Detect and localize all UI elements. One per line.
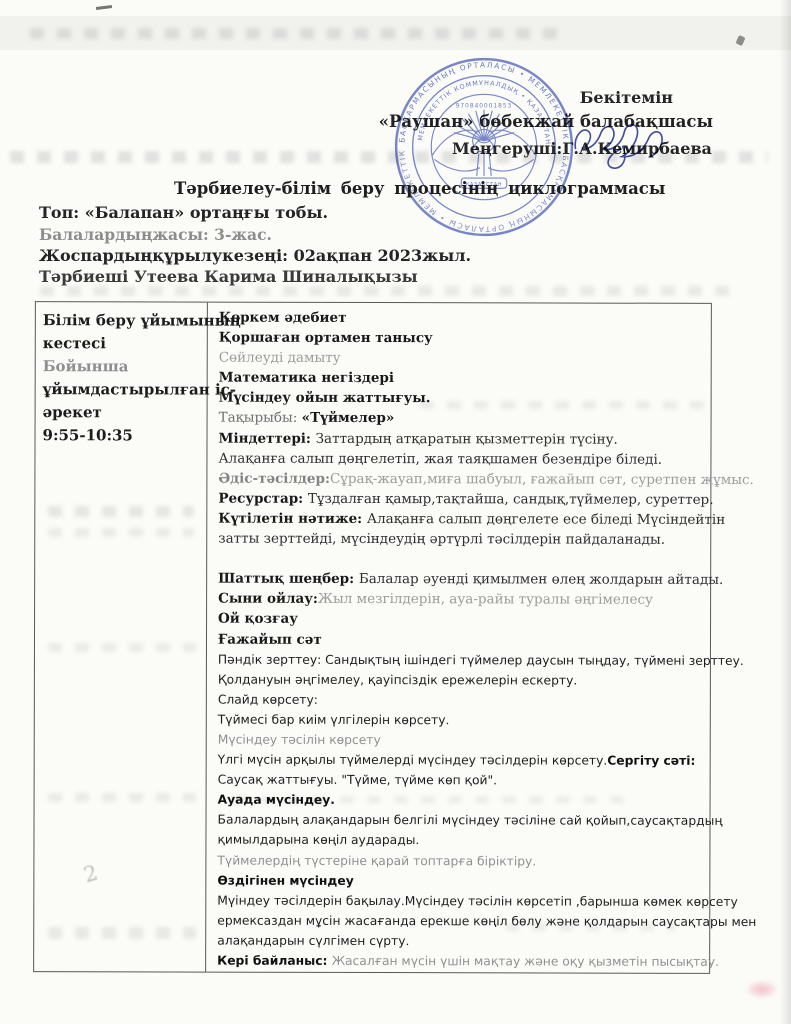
activity-time: 9:55-10:35: [42, 424, 200, 447]
content-line: Сыни ойлау:Жыл мезгілдерін, ауа-райы тур…: [218, 589, 757, 611]
content-line: Міндеттері: Заттардың атқаратын қызметте…: [218, 428, 757, 450]
official-stamp: БАСҚАРМАСЫНЫҢ ОРТАЛАСЫ • МЕМЛЕКЕТТІК КОМ…: [393, 56, 575, 238]
content-line: Өздігінен мүсіндеу: [217, 870, 756, 892]
line-text: Жасалған мүсін үшін мақтау және оқу қызм…: [332, 954, 719, 969]
line-label: Ресурстар:: [218, 490, 308, 506]
content-line: Тақырыбы: «Түймелер»: [219, 408, 758, 430]
stamp-emblem: [432, 110, 535, 189]
line-text: Жыл мезгілдерін, ауа-райы туралы әңгімел…: [318, 591, 653, 608]
content-line: Мүсіндеу ойын жаттығуы.: [219, 388, 758, 410]
line-text: «Түймелер»: [302, 410, 395, 426]
content-line: Ресурстар: Тұздалған қамыр,тақтайша, сан…: [218, 488, 757, 510]
content-line: Түймелердің түстеріне қарай топтарға бір…: [217, 850, 756, 872]
bleed-artifact: [40, 286, 730, 296]
schedule-text: кестесі: [43, 332, 201, 355]
approval-word: Бекітемін: [580, 88, 673, 107]
content-line: Саусақ жаттығуы. "Түйме, түйме көп қой".: [218, 770, 757, 792]
content-line: Балалардың алақандарын белгілі мүсіндеу …: [217, 810, 756, 832]
stamp-registration-number: 970840001853: [456, 104, 513, 110]
line-label: Шаттық шеңбер:: [218, 571, 359, 587]
content-line: Слайд көрсету:: [218, 689, 757, 711]
line-text: Үлгі мүсін арқылы түймелерді мүсіндеу тә…: [218, 753, 608, 768]
scanned-document-page: 2 Бекітемін «Раушан» бөбекжай балабақшас…: [0, 0, 791, 1024]
content-line: Шаттық шеңбер: Балалар әуенді қимылмен ө…: [218, 569, 757, 591]
content-line: алақандарын сүлгімен сүрту.: [217, 931, 756, 953]
scan-edge-shade: [779, 0, 791, 1024]
line-text: Заттардың атқаратын қызметтерін түсіну.: [316, 430, 618, 447]
schedule-text: Бойынша: [43, 355, 201, 378]
line-text: Сұрақ-жауап,миға шабуыл, ғажайып сәт, су…: [330, 471, 754, 488]
line-label: Тақырыбы:: [219, 410, 302, 426]
line-label: Міндеттері:: [219, 430, 316, 446]
line-text: Тұздалған қамыр,тақтайша, сандық,түймеле…: [308, 491, 714, 508]
schedule-text: Білім беру ұйымының: [43, 309, 201, 332]
line-label: Сергіту сәті:: [607, 754, 695, 768]
content-line: затты зерттейді, мүсіндеудің әртүрлі тәс…: [218, 529, 757, 551]
content-line: Әдіс-тәсілдер:Сұрақ-жауап,миға шабуыл, ғ…: [218, 468, 757, 490]
line-label: Сыни ойлау:: [218, 591, 318, 607]
content-line: Ғажайып сәт: [218, 629, 757, 651]
document-title: Тәрбиелеу-білім беру процесінің циклогра…: [174, 179, 665, 198]
content-line: Түймесі бар киім үлгілерін көрсету.: [218, 709, 757, 731]
line-text: Балалар әуенді қимылмен өлең жолдарын ай…: [359, 571, 724, 588]
lesson-content-cell: Көркем әдебиет Қоршаған ортамен танысу С…: [206, 303, 766, 973]
ink-smudge: [748, 982, 776, 997]
schedule-text: әрекет: [43, 401, 201, 424]
content-line: Мүіндеу тәсілдерін бақылау.Мүсіндеу тәсі…: [217, 890, 756, 912]
group-line: Топ: «Балапан» ортаңғы тобы.: [39, 203, 328, 222]
content-line: Кері байланыс: Жасалған мүсін үшін мақта…: [217, 951, 756, 973]
content-line: Алақанға салып дөңгелетіп, жая таяқшамен…: [218, 448, 757, 470]
content-line-blank: [218, 549, 757, 571]
schedule-text: ұйымдастырылған іс-: [43, 378, 201, 401]
bleed-artifact: [30, 28, 570, 39]
content-line: қимылдарына көңіл аударады.: [217, 830, 756, 852]
line-label: Күтілетін нәтиже:: [218, 511, 367, 527]
line-label: Кері байланыс:: [217, 954, 332, 968]
line-text: Алақанға салып дөңгелете есе біледі Мүсі…: [367, 511, 725, 528]
content-line: Қоршаған ортамен танысу: [219, 328, 758, 350]
content-line: Ой қозғау: [218, 609, 757, 631]
manager-signature: [570, 114, 670, 172]
content-line: Үлгі мүсін арқылы түймелерді мүсіндеу тә…: [218, 750, 757, 772]
pen-dash-artifact: [96, 5, 112, 10]
lesson-plan-table: Білім беру ұйымының кестесі Бойынша ұйым…: [33, 301, 712, 974]
content-line: Пәндік зерттеу: Сандықтың ішіндегі түйме…: [218, 649, 757, 671]
content-line: Мүсіндеу тәсілін көрсету: [218, 730, 757, 752]
schedule-cell: Білім беру ұйымының кестесі Бойынша ұйым…: [34, 302, 208, 971]
period-line: Жоспардыңқұрылукезеңі: 02ақпан 2023жыл.: [39, 246, 471, 265]
content-line: Ауада мүсіндеу.: [218, 790, 757, 812]
content-line: Қолдануын әңгімелеу, қауіпсіздік ережеле…: [218, 669, 757, 691]
age-line: Балалардыңжасы: 3-жас.: [39, 225, 272, 244]
content-line: Математика негіздері: [219, 368, 758, 390]
teacher-line: Тәрбиеші Утеева Карима Шиналықызы: [39, 267, 418, 286]
content-line: Сөйлеуді дамыту: [219, 348, 758, 370]
content-line: Көркем әдебиет: [219, 308, 758, 330]
content-line: ермексаздан мұсін жасағанда ерекше көңіл…: [217, 910, 756, 932]
line-label: Әдіс-тәсілдер:: [218, 470, 330, 486]
content-line: Күтілетін нәтиже: Алақанға салып дөңгеле…: [218, 509, 757, 531]
